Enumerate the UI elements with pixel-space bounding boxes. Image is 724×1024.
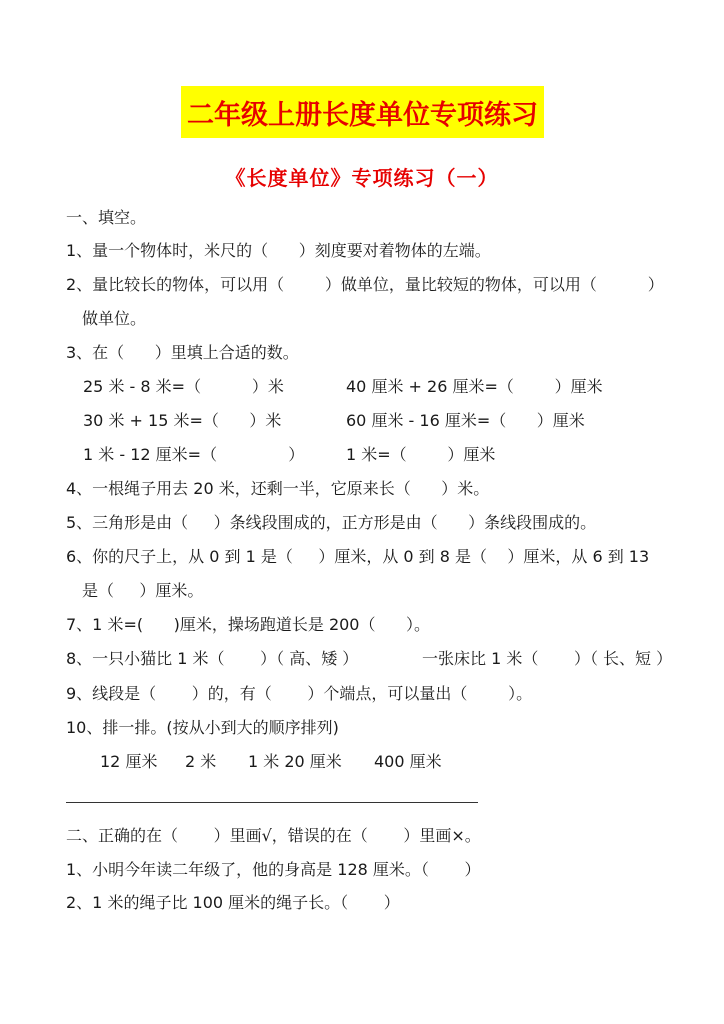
question-8-part1: 8、一只小猫比 1 米（ ）（ 高、矮 ） xyxy=(66,649,358,669)
question-10: 10、排一排。(按从小到大的顺序排列) xyxy=(66,718,339,738)
q3-item-6: 1 米=（ ）厘米 xyxy=(346,445,495,465)
section2-heading: 二、正确的在（ ）里画√，错误的在（ ）里画×。 xyxy=(66,826,481,846)
section2-question-2: 2、1 米的绳子比 100 厘米的绳子长。（ ） xyxy=(66,893,400,913)
section1-heading: 一、填空。 xyxy=(66,208,146,228)
section2-question-1: 1、小明今年读二年级了，他的身高是 128 厘米。（ ） xyxy=(66,860,481,880)
section-divider xyxy=(66,802,478,803)
question-2-line1: 2、量比较长的物体，可以用（ ）做单位，量比较短的物体，可以用（ ） xyxy=(66,275,664,295)
question-9: 9、线段是（ ）的，有（ ）个端点，可以量出（ ）。 xyxy=(66,684,532,704)
q10-item-1: 12 厘米 xyxy=(100,752,157,772)
question-2-line2: 做单位。 xyxy=(82,309,146,329)
q3-item-2: 40 厘米 + 26 厘米=（ ）厘米 xyxy=(346,377,603,397)
question-5: 5、三角形是由（ ）条线段围成的，正方形是由（ ）条线段围成的。 xyxy=(66,513,596,533)
question-6-line2: 是（ ）厘米。 xyxy=(82,581,203,601)
q3-item-3: 30 米 + 15 米=（ ）米 xyxy=(83,411,281,431)
question-7: 7、1 米=( )厘米，操场跑道长是 200（ ）。 xyxy=(66,615,430,635)
q10-item-3: 1 米 20 厘米 xyxy=(248,752,342,772)
question-1: 1、量一个物体时，米尺的（ ）刻度要对着物体的左端。 xyxy=(66,241,491,261)
q10-item-4: 400 厘米 xyxy=(374,752,442,772)
title-banner: 二年级上册长度单位专项练习 xyxy=(181,86,544,138)
question-4: 4、一根绳子用去 20 米，还剩一半，它原来长（ ）米。 xyxy=(66,479,489,499)
page-subtitle: 《长度单位》专项练习（一） xyxy=(0,162,724,191)
question-3: 3、在（ ）里填上合适的数。 xyxy=(66,343,299,363)
question-8-part2: 一张床比 1 米（ ）（ 长、短 ） xyxy=(422,649,672,669)
q10-item-2: 2 米 xyxy=(185,752,216,772)
q3-item-5: 1 米 - 12 厘米=（ ） xyxy=(83,445,304,465)
question-6-line1: 6、你的尺子上，从 0 到 1 是（ ）厘米，从 0 到 8 是（ ）厘米，从 … xyxy=(66,547,649,567)
q3-item-4: 60 厘米 - 16 厘米=（ ）厘米 xyxy=(346,411,585,431)
q3-item-1: 25 米 - 8 米=（ ）米 xyxy=(83,377,284,397)
page-title: 二年级上册长度单位专项练习 xyxy=(187,93,538,132)
